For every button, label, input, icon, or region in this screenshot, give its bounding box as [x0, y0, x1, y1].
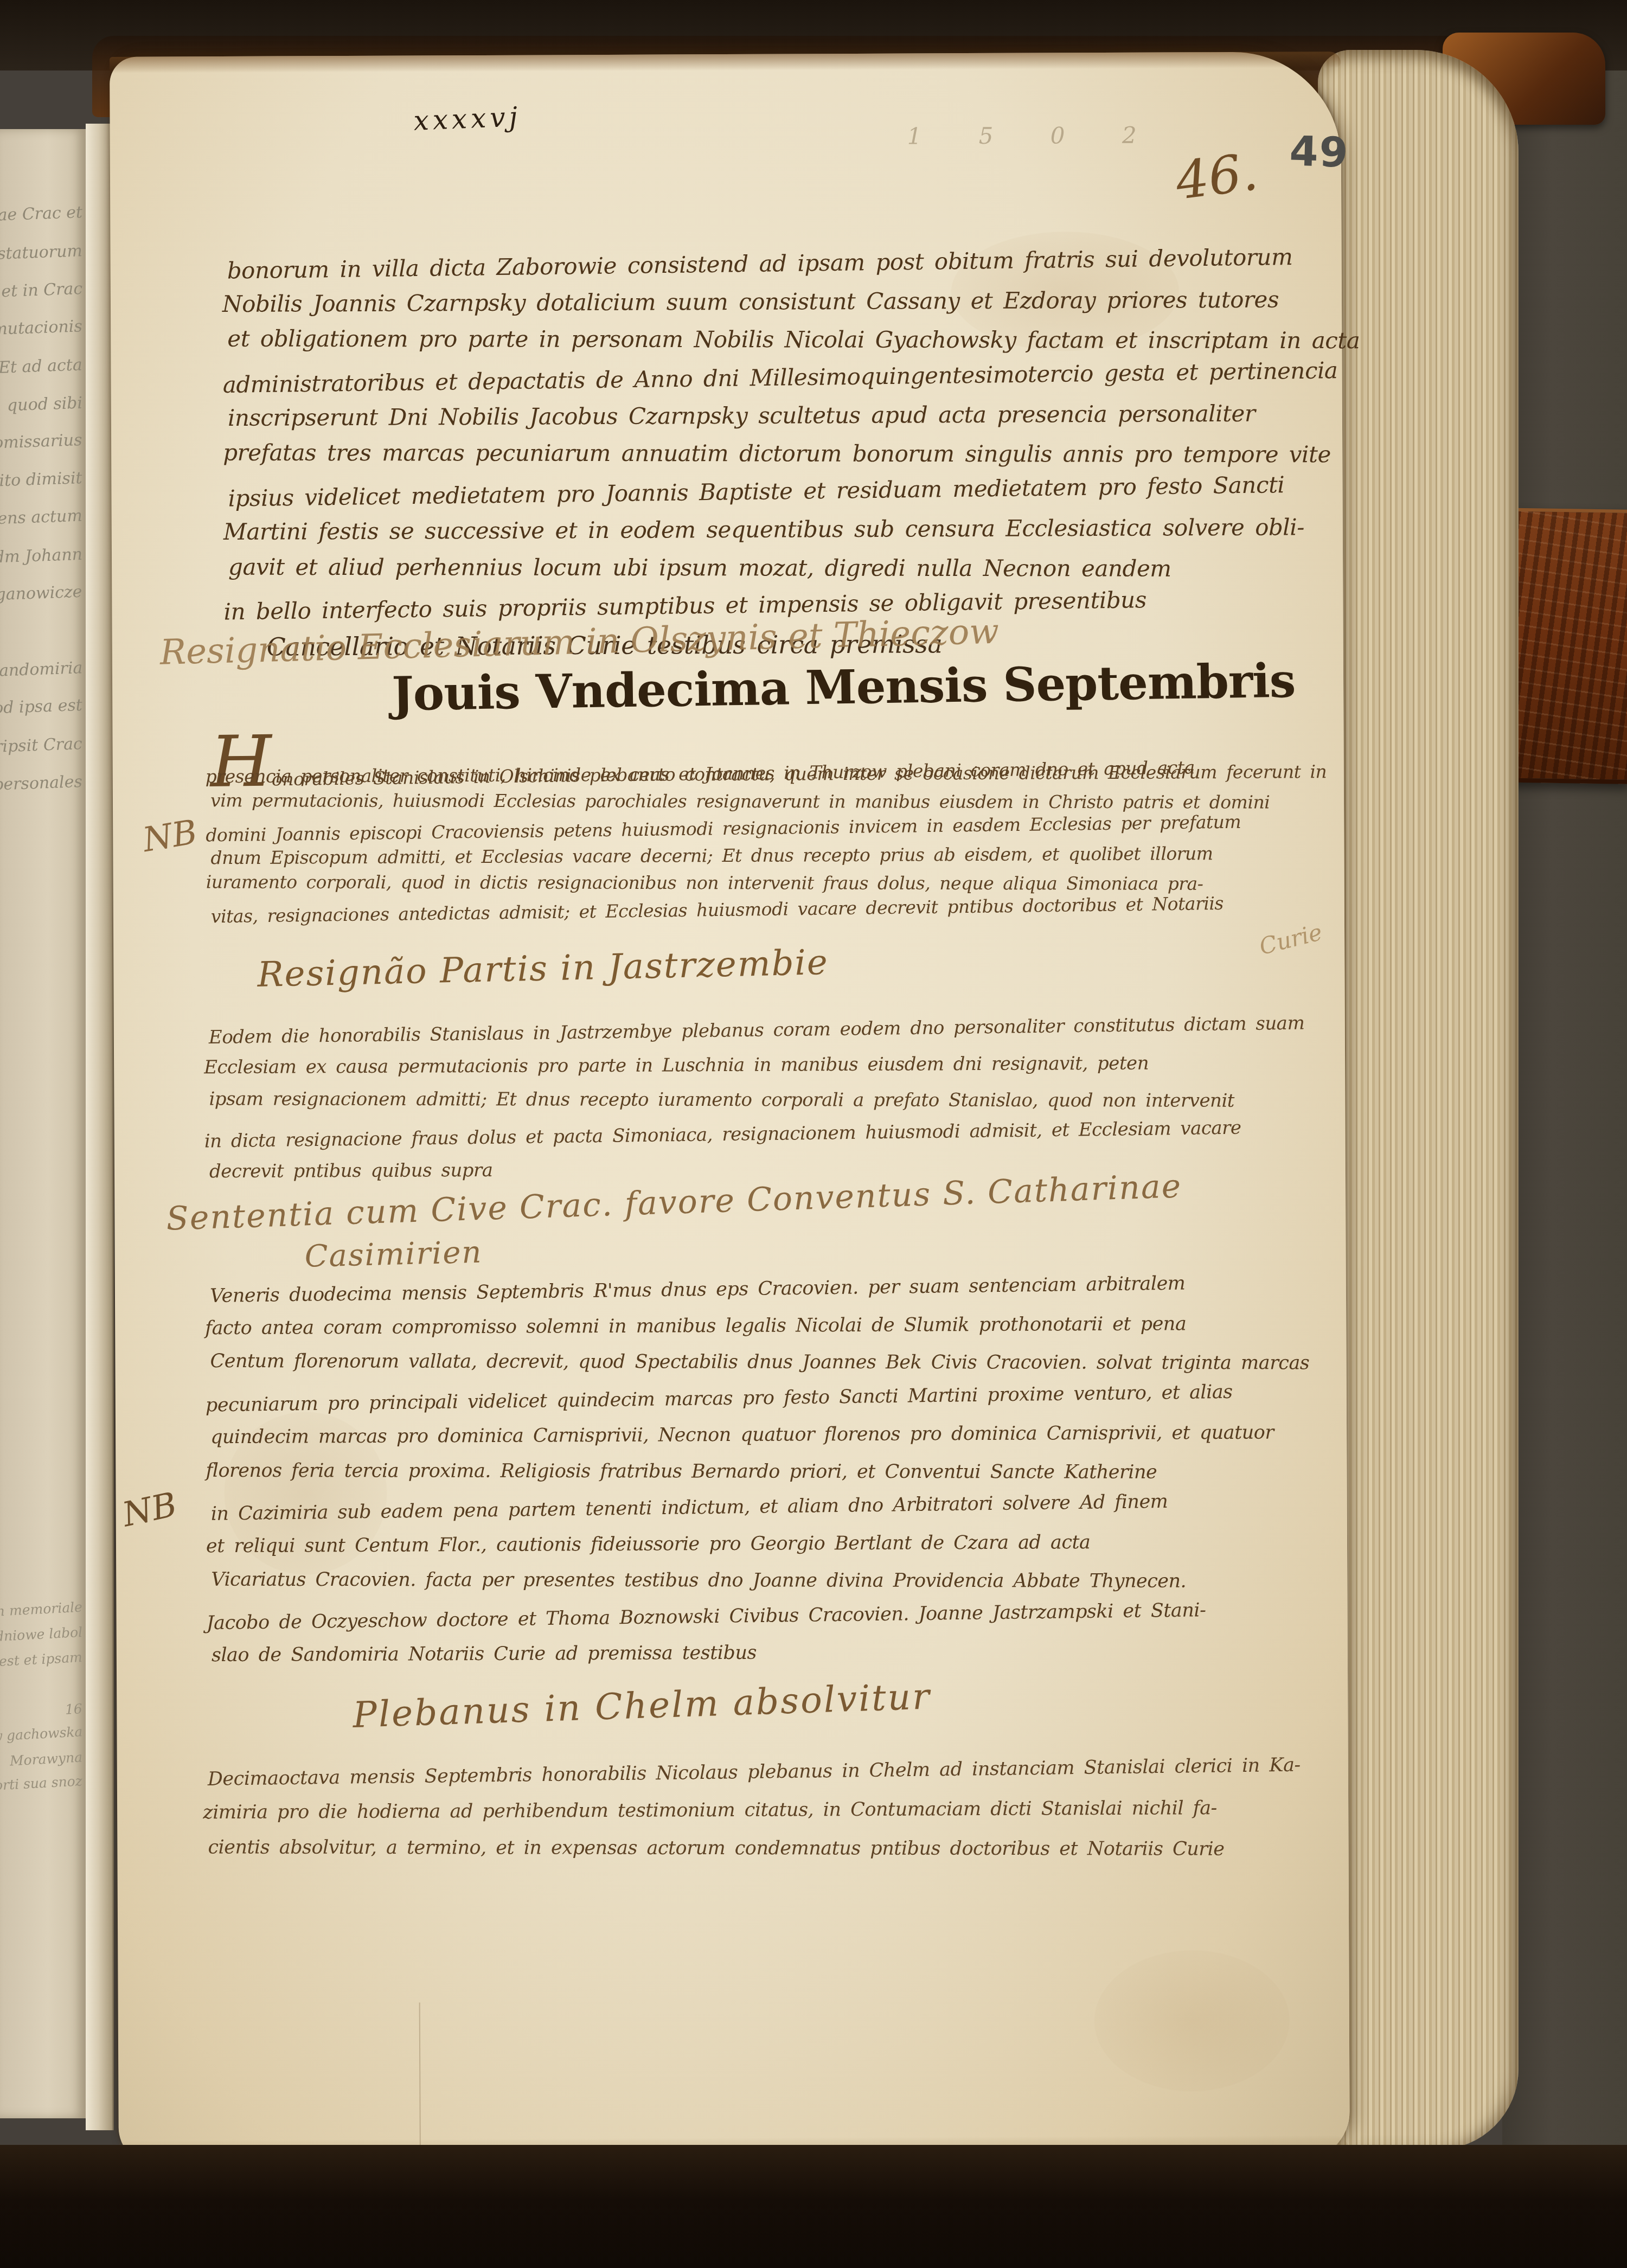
text-line: inscripserunt Dni Nobilis Jacobus Czarnp… — [228, 400, 1256, 431]
text-line: Ecclesiam ex causa permutacionis pro par… — [204, 1053, 1149, 1079]
text-line: facto antea coram compromisso solemni in… — [205, 1313, 1186, 1339]
text-line: presencia personaliter constituti, hinci… — [206, 761, 1327, 787]
folio-number-stamped: 49 — [1289, 127, 1349, 177]
text-line: cientis absolvitur, a termino, et in exp… — [208, 1836, 1224, 1860]
text-line: ch memoriale — [0, 1599, 83, 1619]
text-line: adm Johann — [0, 545, 83, 567]
text-line: permutacionis — [0, 317, 83, 340]
text-line: dniowe labol — [0, 1624, 83, 1644]
text-line: consorti sua snoz — [0, 1773, 83, 1795]
text-line: statuorum — [0, 241, 83, 263]
text-line: a petito dimisit — [0, 469, 83, 492]
quire-mark: xxxxvj — [413, 101, 522, 137]
text-line: a et in Crac — [0, 279, 83, 302]
text-line: Eodem die honorabilis Stanislaus in Jast… — [209, 1013, 1305, 1048]
stain — [1094, 1950, 1290, 2092]
text-line: ipsam resignacionem admitti; Et dnus rec… — [209, 1088, 1234, 1111]
text-line: Jacobo de Oczyeschow doctore et Thoma Bo… — [206, 1599, 1206, 1634]
text-line: instituens actum — [0, 507, 83, 530]
text-line: iuramento corporali, quod in dictis resi… — [206, 872, 1203, 894]
text-line: administratoribus et depactatis de Anno … — [222, 357, 1337, 398]
text-line: in dicta resignacione fraus dolus et pac… — [204, 1117, 1241, 1152]
text-line: Et ad acta — [0, 355, 83, 377]
text-line: quo personales — [0, 772, 83, 796]
text-line: quindecim marcas pro dominica Carnispriv… — [210, 1422, 1274, 1449]
text-line: ipsius videlicet medietatem pro Joannis … — [228, 471, 1284, 511]
text-line: et obligationem pro parte in personam No… — [227, 325, 1360, 354]
previous-page-edge: Cassae Crac etstatuoruma et in Cracpermu… — [0, 129, 87, 2118]
text-line: Nobilis Joannis Czarnpsky dotalicium suu… — [222, 286, 1279, 317]
text-line: prefatas tres marcas pecuniarum annuatim… — [223, 439, 1331, 468]
text-line: in Cazimiria sub eadem pena partem tenen… — [211, 1491, 1168, 1525]
text-line: vitas, resignaciones antedictas admisit;… — [211, 893, 1224, 927]
text-line: Vicariatus Cracovien. facta per presente… — [211, 1569, 1186, 1592]
manuscript-photo: { "scene": { "description": "Photograph … — [0, 0, 1627, 2268]
prev-page-text-fragments-top: Cassae Crac etstatuoruma et in Cracpermu… — [0, 205, 87, 856]
margin-note-nb-2: NB — [119, 1484, 180, 1535]
text-line: Ze Comissarius — [0, 431, 83, 454]
text-line: Veneris duodecima mensis Septembris R'mu… — [210, 1272, 1186, 1307]
text-line: gavit et aliud perhennius locum ubi ipsu… — [228, 554, 1171, 582]
text-line: dnum Episcopum admitti, et Ecclesias vac… — [210, 843, 1213, 868]
text-line: domini Joannis episcopi Cracoviensis pet… — [206, 811, 1241, 846]
text-line: bonorum in villa dicta Zaborowie consist… — [227, 244, 1292, 284]
text-line: 16 — [65, 1701, 82, 1718]
text-line: vim permutacionis, huiusmodi Ecclesias p… — [210, 790, 1270, 812]
text-line: Cassae Crac et — [0, 203, 83, 226]
text-line: decrevit pntibus quibus supra — [209, 1159, 493, 1182]
text-line: inscripsit Crac — [0, 734, 83, 758]
text-line: dy gachowska — [0, 1724, 83, 1744]
gutter-fold-edge — [86, 124, 114, 2130]
text-line: Martini festis se successive et in eodem… — [223, 514, 1304, 545]
manuscript-page: xxxxvj 1 5 0 2 46. 49 bonorum in villa d… — [110, 52, 1350, 2166]
text-line: quod sibi — [7, 394, 82, 415]
entry-4-text: Veneris duodecima mensis Septembris R'mu… — [210, 1276, 1329, 1693]
table-surface — [0, 2145, 1627, 2268]
text-line: zimiria pro die hodierna ad perhibendum … — [203, 1797, 1217, 1823]
margin-note-nb-1: NB — [140, 812, 200, 860]
text-line: cause quod ipsa est — [0, 696, 83, 720]
entry-2-text: Honorabiles Stanislaus in Olschinis pleb… — [210, 734, 1328, 945]
text-line: Decimaoctava mensis Septembris honorabil… — [208, 1754, 1301, 1790]
prev-page-text-fragments-bottom: ch memorialedniowe labolest et ipsam16dy… — [0, 1601, 87, 1829]
backdrop-felt — [1502, 0, 1627, 2268]
paper-crease — [419, 2002, 421, 2165]
text-line: Morawyna — [9, 1750, 82, 1769]
section-heading-sententia-line2: Casimirien — [304, 1235, 483, 1274]
text-line: florenos feria tercia proxima. Religiosi… — [206, 1460, 1157, 1483]
text-line: pecuniarum pro principali videlicet quin… — [206, 1381, 1233, 1417]
text-line: et reliqui sunt Centum Flor., cautionis … — [206, 1532, 1091, 1557]
section-heading-jastrzembie: Resignão Partis in Jastrzembie — [257, 943, 829, 995]
text-line: slao de Sandomiria Notariis Curie ad pre… — [212, 1642, 757, 1666]
text-line: de Sandomiria — [0, 658, 83, 682]
text-line: est et ipsam — [0, 1649, 83, 1669]
text-line: Centum florenorum vallata, decrevit, quo… — [210, 1350, 1309, 1374]
folio-number-handwritten: 46. — [1173, 142, 1261, 212]
faint-inscription: 1 5 0 2 — [907, 121, 1162, 149]
text-line: et Wyganowicze — [0, 582, 83, 606]
entry-5-text: Decimaoctava mensis Septembris honorabil… — [208, 1759, 1325, 1894]
